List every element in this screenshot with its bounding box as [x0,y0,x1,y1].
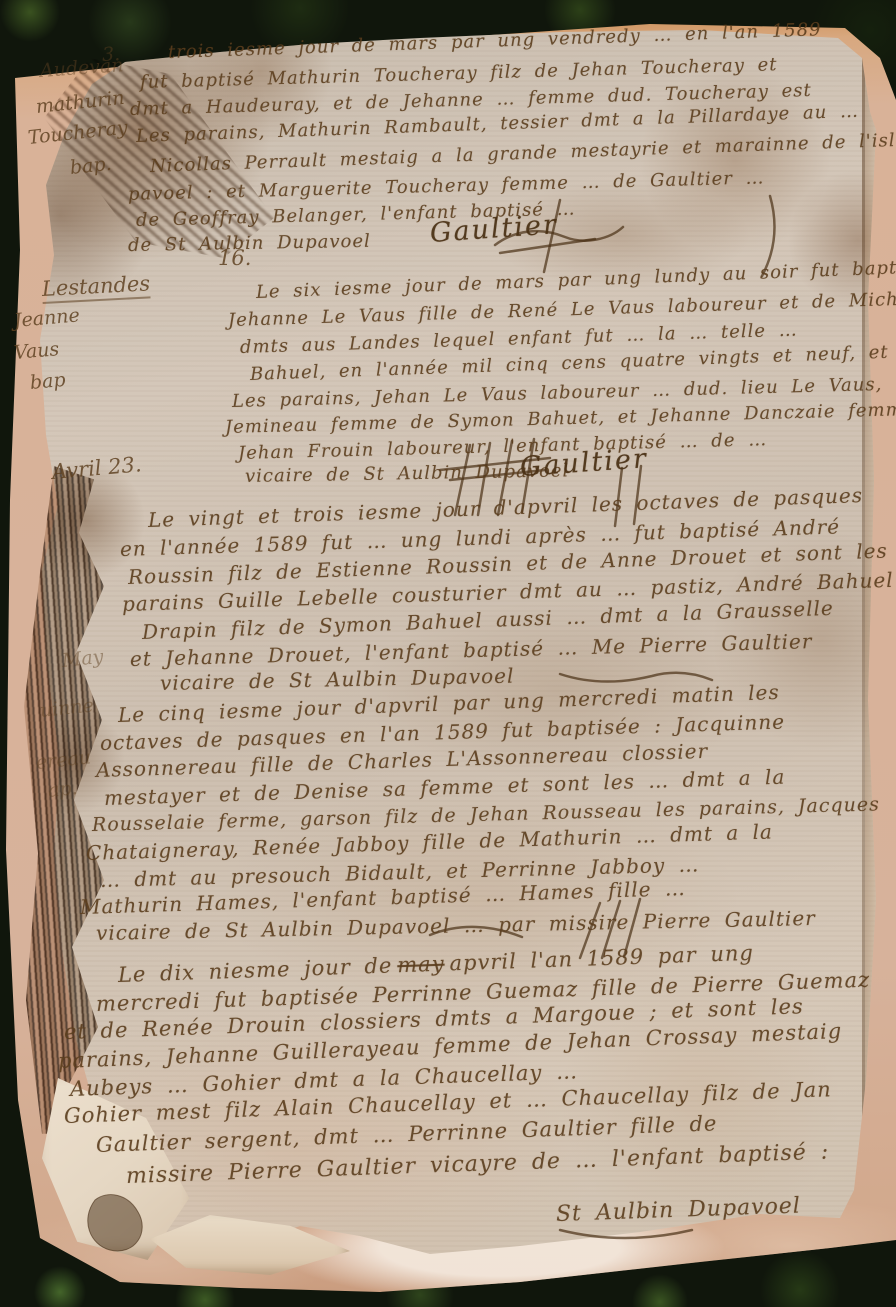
gutter-fold [862,40,865,1220]
margin-note: bap [29,369,66,394]
margin-note: Vaus [13,338,60,364]
margin-fragment: ap. [47,777,79,802]
photograph-of-register-page: 3. Audevan mathurin Toucheray bap. trois… [0,0,896,1307]
struck-word: may [397,952,445,978]
folio-numeral: 16. [218,246,251,270]
margin-fragment: May [61,646,105,672]
margin-note: bap. [69,153,113,179]
margin-heading: Lestandes [41,271,151,304]
